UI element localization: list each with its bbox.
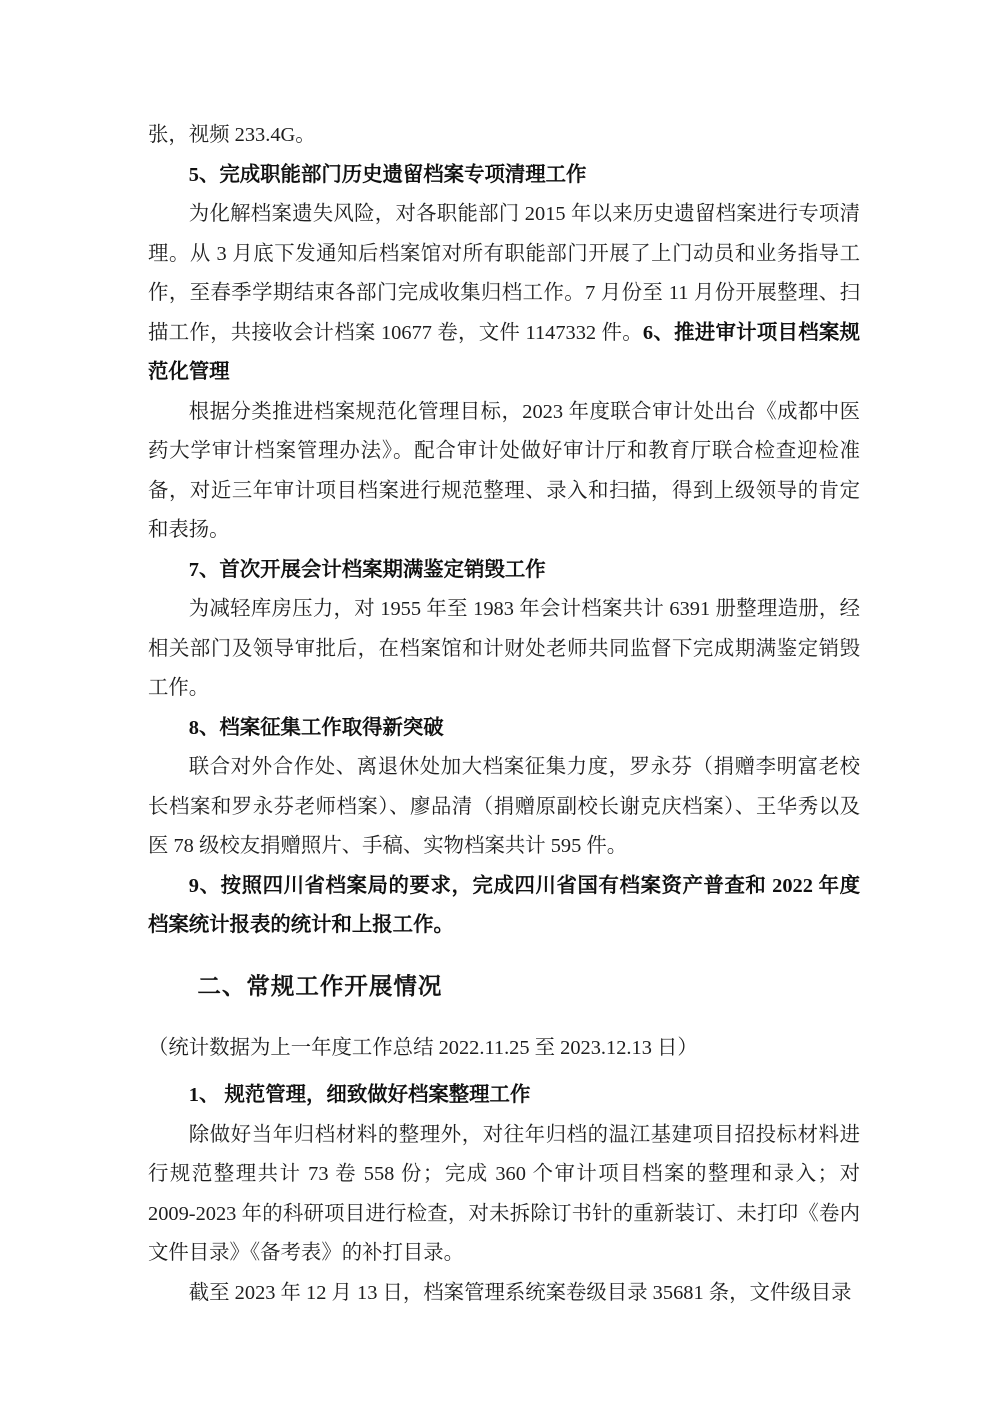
para-video-stats: 张，视频 233.4G。 [148,116,860,156]
para-section-8: 联合对外合作处、离退休处加大档案征集力度，罗永芬（捐赠李明富老校长档案和罗永芬老… [148,748,860,867]
heading-section-8: 8、档案征集工作取得新突破 [148,709,860,749]
para-section-5: 为化解档案遗失风险，对各职能部门 2015 年以来历史遗留档案进行专项清理。从 … [148,195,860,393]
para-section-6: 根据分类推进档案规范化管理目标，2023 年度联合审计处出台《成都中医药大学审计… [148,393,860,551]
para-section-9-bold: 9、按照四川省档案局的要求，完成四川省国有档案资产普查和 2022 年度档案统计… [148,867,860,946]
heading-part-two: 二、常规工作开展情况 [148,965,860,1008]
heading-section-7: 7、首次开展会计档案期满鉴定销毁工作 [148,551,860,591]
document-page: 张，视频 233.4G。 5、完成职能部门历史遗留档案专项清理工作 为化解档案遗… [0,0,1000,1414]
para-stats-period-note: （统计数据为上一年度工作总结 2022.11.25 至 2023.12.13 日… [148,1029,860,1069]
para-section-7: 为减轻库房压力，对 1955 年至 1983 年会计档案共计 6391 册整理造… [148,590,860,709]
para-item-1-detail: 除做好当年归档材料的整理外，对往年归档的温江基建项目招投标材料进行规范整理共计 … [148,1116,860,1274]
heading-section-5: 5、完成职能部门历史遗留档案专项清理工作 [148,156,860,196]
heading-item-1: 1、 规范管理，细致做好档案整理工作 [148,1076,860,1116]
para-catalog-count: 截至 2023 年 12 月 13 日，档案管理系统案卷级目录 35681 条，… [148,1274,860,1314]
